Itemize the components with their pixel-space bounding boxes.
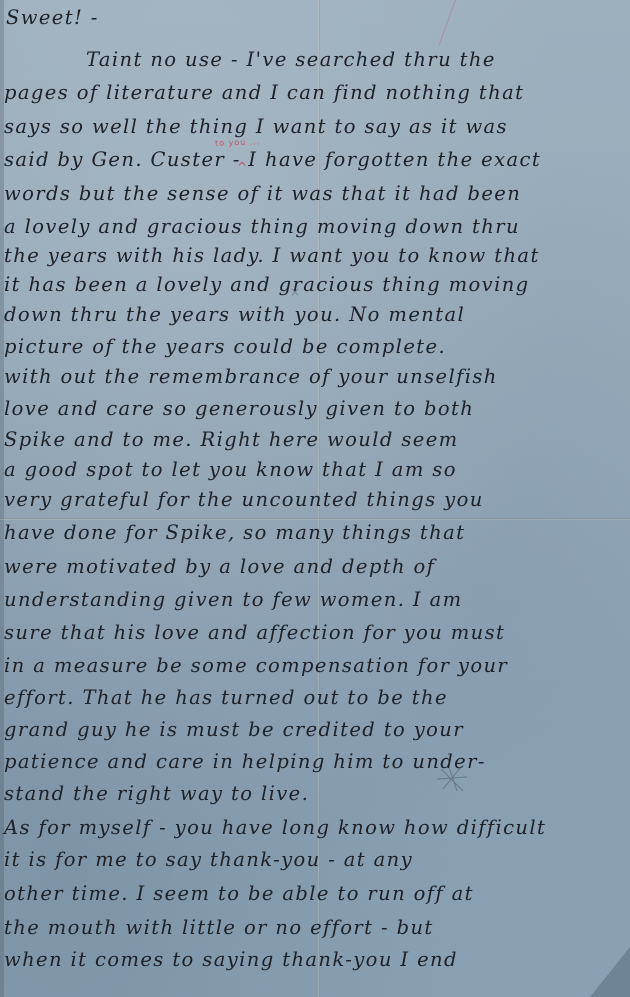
red-annotation: to you ... — [215, 137, 261, 148]
salutation: Sweet! - — [6, 8, 99, 28]
letter-line: when it comes to saying thank-you I end — [4, 950, 458, 970]
letter-line: sure that his love and affection for you… — [4, 623, 505, 643]
letter-line: were motivated by a love and depth of — [4, 557, 435, 577]
letter-line: pages of literature and I can find nothi… — [4, 83, 524, 103]
letter-line: it has been a lovely and gracious thing … — [4, 275, 530, 295]
letter-line: effort. That he has turned out to be the — [4, 688, 448, 708]
letter-line: As for myself - you have long know how d… — [4, 818, 546, 838]
letter-line: in a measure be some compensation for yo… — [4, 656, 508, 676]
letter-line: love and care so generously given to bot… — [4, 399, 474, 419]
letter-line: down thru the years with you. No mental — [4, 305, 465, 325]
letter-line: understanding given to few women. I am — [4, 590, 463, 610]
letter-line: with out the remembrance of your unselfi… — [4, 367, 498, 387]
letter-line: Spike and to me. Right here would seem — [4, 430, 459, 450]
letter-line: Taint no use - I've searched thru the — [86, 50, 496, 70]
letter-line: stand the right way to live. — [4, 784, 309, 804]
letter-line: says so well the thing I want to say as … — [4, 117, 508, 137]
insertion-caret: ^ — [237, 160, 247, 174]
letter-line: patience and care in helping him to unde… — [4, 752, 486, 772]
letter-line: words but the sense of it was that it ha… — [4, 184, 521, 204]
letter-line: have done for Spike, so many things that — [4, 523, 465, 543]
pencil-scribble-mark — [435, 765, 469, 793]
letter-line: said by Gen. Custer - I have forgotten t… — [4, 150, 541, 170]
letter-line: the years with his lady. I want you to k… — [4, 246, 540, 266]
letter-line: very grateful for the uncounted things y… — [4, 490, 484, 510]
letter-line: other time. I seem to be able to run off… — [4, 884, 474, 904]
letter-page: Sweet! - Taint no use - I've searched th… — [0, 0, 630, 997]
letter-line: grand guy he is must be credited to your — [4, 720, 464, 740]
folded-corner — [590, 947, 630, 997]
pink-pencil-mark — [439, 0, 456, 45]
letter-line: picture of the years could be complete. — [4, 337, 446, 357]
letter-line: a good spot to let you know that I am so — [4, 460, 457, 480]
letter-line: it is for me to say thank-you - at any — [4, 850, 413, 870]
horizontal-fold-crease — [0, 518, 630, 520]
letter-line: a lovely and gracious thing moving down … — [4, 217, 520, 237]
letter-line: the mouth with little or no effort - but — [4, 918, 434, 938]
